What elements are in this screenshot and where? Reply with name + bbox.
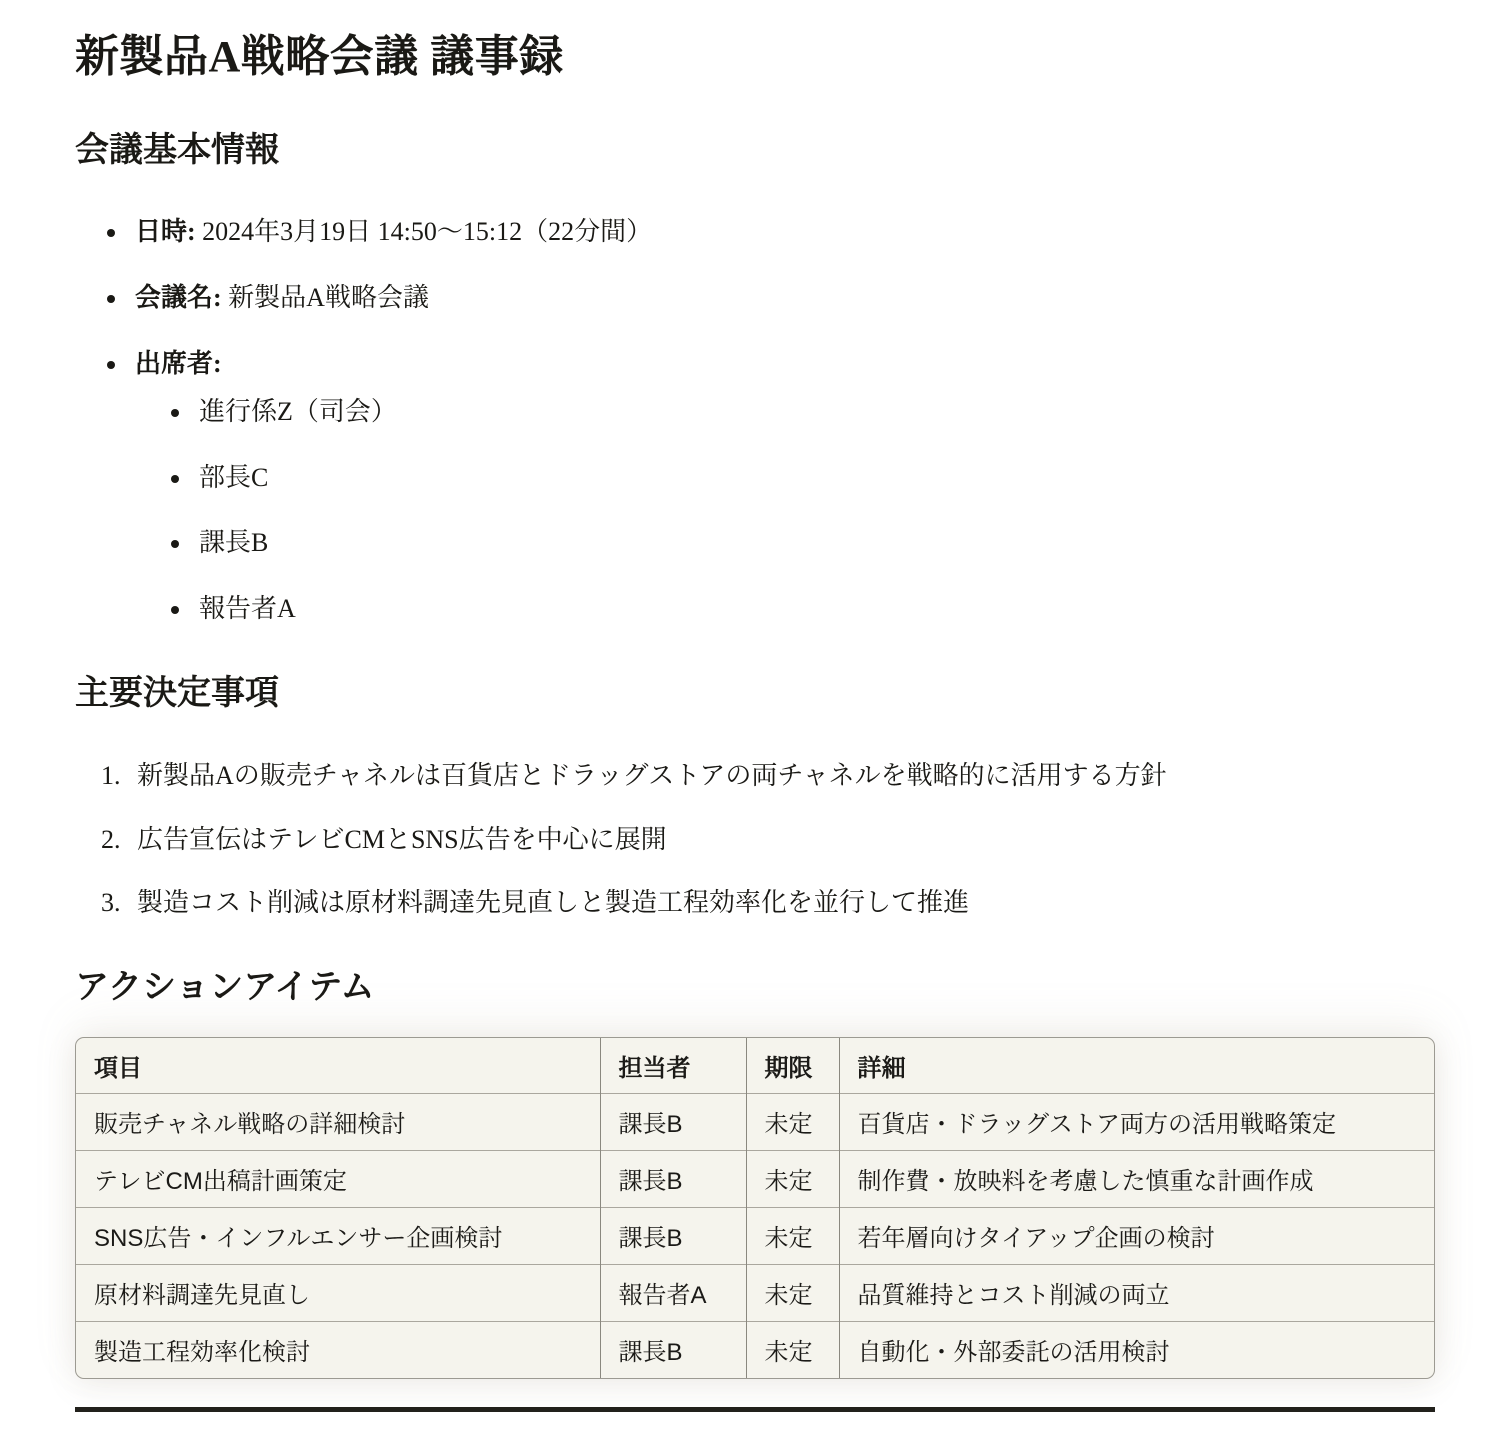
section-heading-basic-info: 会議基本情報 bbox=[75, 131, 1435, 172]
table-header-row: 項目担当者期限詳細 bbox=[76, 1038, 1435, 1094]
table-cell: 百貨店・ドラッグストア両方の活用戦略策定 bbox=[839, 1093, 1435, 1150]
table-row: 製造工程効率化検討課長B未定自動化・外部委託の活用検討 bbox=[76, 1321, 1435, 1378]
table-row: SNS広告・インフルエンサー企画検討課長B未定若年層向けタイアップ企画の検討 bbox=[76, 1207, 1435, 1264]
info-item: 日時: 2024年3月19日 14:50〜15:12（22分間） bbox=[129, 215, 1435, 249]
table-cell: テレビCM出稿計画策定 bbox=[76, 1150, 600, 1207]
table-row: 原材料調達先見直し報告者A未定品質維持とコスト削減の両立 bbox=[76, 1264, 1435, 1321]
meeting-minutes-document: 新製品A戦略会議 議事録 会議基本情報 日時: 2024年3月19日 14:50… bbox=[0, 0, 1510, 1412]
attendee-item: 課長B bbox=[193, 526, 1435, 560]
action-items-table: 項目担当者期限詳細 販売チャネル戦略の詳細検討課長B未定百貨店・ドラッグストア両… bbox=[76, 1038, 1435, 1378]
attendee-item: 部長C bbox=[193, 461, 1435, 495]
info-item: 出席者:進行係Z（司会）部長C課長B報告者A bbox=[129, 347, 1435, 626]
table-header-cell: 項目 bbox=[76, 1038, 600, 1094]
attendee-item: 報告者A bbox=[193, 592, 1435, 626]
table-header-cell: 詳細 bbox=[839, 1038, 1435, 1094]
basic-info-list: 日時: 2024年3月19日 14:50〜15:12（22分間）会議名: 新製品… bbox=[75, 215, 1435, 626]
section-heading-decisions: 主要決定事項 bbox=[75, 674, 1435, 715]
decision-item: 広告宣伝はテレビCMとSNS広告を中心に展開 bbox=[127, 823, 1435, 857]
decision-item: 新製品Aの販売チャネルは百貨店とドラッグストアの両チャネルを戦略的に活用する方針 bbox=[127, 759, 1435, 793]
table-cell: 販売チャネル戦略の詳細検討 bbox=[76, 1093, 600, 1150]
table-cell: 未定 bbox=[746, 1264, 839, 1321]
table-header-row: 項目担当者期限詳細 bbox=[76, 1038, 1435, 1094]
action-items-table-container: 項目担当者期限詳細 販売チャネル戦略の詳細検討課長B未定百貨店・ドラッグストア両… bbox=[75, 1037, 1435, 1379]
info-label: 出席者: bbox=[135, 349, 222, 378]
decision-item: 製造コスト削減は原材料調達先見直しと製造工程効率化を並行して推進 bbox=[127, 886, 1435, 920]
table-header-cell: 担当者 bbox=[600, 1038, 746, 1094]
table-row: 販売チャネル戦略の詳細検討課長B未定百貨店・ドラッグストア両方の活用戦略策定 bbox=[76, 1093, 1435, 1150]
info-item: 会議名: 新製品A戦略会議 bbox=[129, 281, 1435, 315]
table-cell: 品質維持とコスト削減の両立 bbox=[839, 1264, 1435, 1321]
table-cell: SNS広告・インフルエンサー企画検討 bbox=[76, 1207, 600, 1264]
table-cell: 未定 bbox=[746, 1207, 839, 1264]
page-title: 新製品A戦略会議 議事録 bbox=[75, 32, 1435, 83]
table-cell: 若年層向けタイアップ企画の検討 bbox=[839, 1207, 1435, 1264]
attendee-item: 進行係Z（司会） bbox=[193, 395, 1435, 429]
table-cell: 課長B bbox=[600, 1207, 746, 1264]
table-header-cell: 期限 bbox=[746, 1038, 839, 1094]
table-row: テレビCM出稿計画策定課長B未定制作費・放映料を考慮した慎重な計画作成 bbox=[76, 1150, 1435, 1207]
section-heading-action-items: アクションアイテム bbox=[75, 968, 1435, 1009]
table-cell: 未定 bbox=[746, 1093, 839, 1150]
table-cell: 課長B bbox=[600, 1150, 746, 1207]
table-cell: 制作費・放映料を考慮した慎重な計画作成 bbox=[839, 1150, 1435, 1207]
table-cell: 課長B bbox=[600, 1321, 746, 1378]
attendees-list: 進行係Z（司会）部長C課長B報告者A bbox=[135, 395, 1435, 626]
table-cell: 自動化・外部委託の活用検討 bbox=[839, 1321, 1435, 1378]
table-cell: 原材料調達先見直し bbox=[76, 1264, 600, 1321]
decisions-list: 新製品Aの販売チャネルは百貨店とドラッグストアの両チャネルを戦略的に活用する方針… bbox=[75, 759, 1435, 920]
table-cell: 課長B bbox=[600, 1093, 746, 1150]
bottom-rule bbox=[75, 1407, 1435, 1412]
info-label: 日時: bbox=[135, 217, 196, 246]
table-body: 販売チャネル戦略の詳細検討課長B未定百貨店・ドラッグストア両方の活用戦略策定テレ… bbox=[76, 1093, 1435, 1378]
table-cell: 製造工程効率化検討 bbox=[76, 1321, 600, 1378]
info-label: 会議名: bbox=[135, 283, 222, 312]
table-cell: 未定 bbox=[746, 1150, 839, 1207]
table-cell: 報告者A bbox=[600, 1264, 746, 1321]
table-cell: 未定 bbox=[746, 1321, 839, 1378]
